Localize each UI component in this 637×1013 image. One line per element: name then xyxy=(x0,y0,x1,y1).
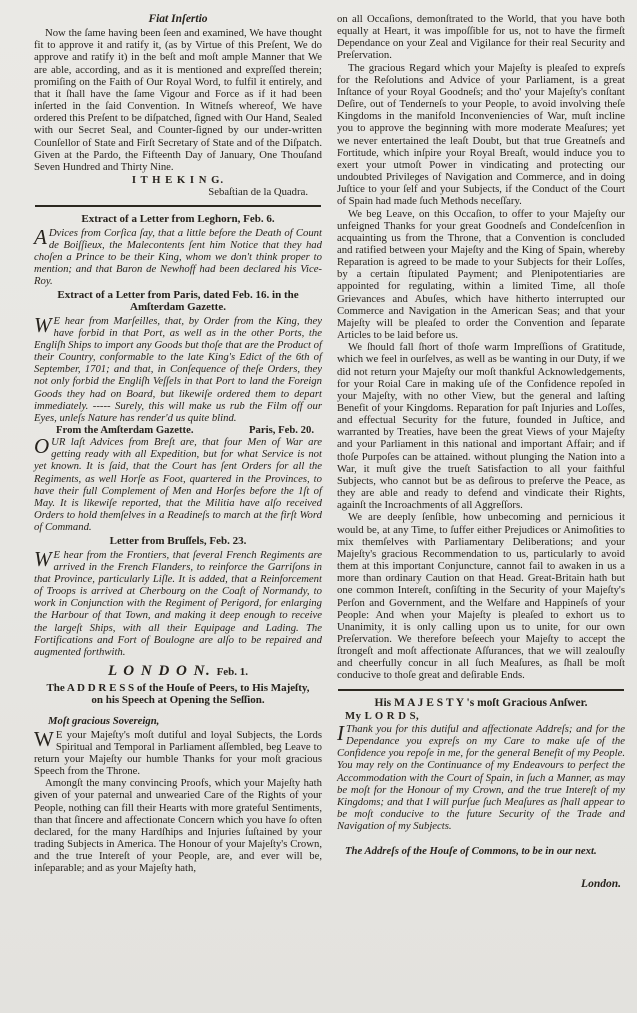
paragraph-gracious-regard: The gracious Regard which your Majeſty i… xyxy=(337,62,625,208)
note-address-of-commons: The Addreſs of the Houſe of Commons, to … xyxy=(337,845,625,857)
drop-cap-w: W xyxy=(34,549,54,569)
paragraph-beg-leave-thanks: We beg Leave, on this Occaſion, to offer… xyxy=(337,208,625,342)
drop-cap-w: W xyxy=(34,729,56,749)
heading-london-dateline: L O N D O N. Feb. 1. xyxy=(34,665,322,678)
paragraph-kings-answer: IThank you for this dutiful and affectio… xyxy=(337,723,625,832)
left-column: Fiat Inſertio Now the ſame having been ſ… xyxy=(34,13,322,891)
dateline-source: From the Amſterdam Gazette. xyxy=(56,424,194,436)
drop-cap-o: O xyxy=(34,436,51,456)
paragraph-peers-address-1: WE your Majeſty's moſt dutiful and loyal… xyxy=(34,729,322,778)
right-column: on all Occaſions, demonſtrated to the Wo… xyxy=(337,13,625,891)
paragraph-text: E your Majeſty's moſt dutiful and loyal … xyxy=(34,729,322,777)
drop-cap-w: W xyxy=(34,315,54,335)
salutation-my-lords: My L O R D S, xyxy=(337,710,625,722)
london-date: Feb. 1. xyxy=(217,666,248,678)
dateline-amsterdam-gazette: From the Amſterdam Gazette. Paris, Feb. … xyxy=(34,424,322,436)
drop-cap-i: I xyxy=(337,723,346,743)
paragraph-royal-ratification: Now the ſame having been ſeen and examin… xyxy=(34,27,322,173)
paragraph-marseilles-letter: WE hear from Marſeilles, that, by Order … xyxy=(34,315,322,424)
paragraph-text: E hear from the Frontiers, that ſeveral … xyxy=(34,549,322,658)
dateline-place-date: Paris, Feb. 20. xyxy=(249,424,314,436)
heading-letter-leghorn: Extract of a Letter from Leghorn, Feb. 6… xyxy=(34,213,322,225)
paragraph-text: Dvices from Corſica ſay, that a little b… xyxy=(34,227,322,288)
signature-sebastian-de-la-quadra: Sebaſtian de la Quadra. xyxy=(34,186,322,198)
drop-cap-a: A xyxy=(34,227,49,247)
heading-letter-brussels: Letter from Bruſſels, Feb. 23. xyxy=(34,535,322,547)
heading-letter-paris: Extract of a Letter from Paris, dated Fe… xyxy=(34,289,322,313)
paragraph-gratitude-reparation: We ſhould fall ſhort of thoſe warm Impre… xyxy=(337,341,625,511)
heading-majestys-gracious-answer: His M A J E S T Y 's moſt Gracious Anſwe… xyxy=(337,697,625,709)
heading-fiat-insertio: Fiat Inſertio xyxy=(34,13,322,25)
page-columns: Fiat Inſertio Now the ſame having been ſ… xyxy=(0,0,637,891)
section-divider xyxy=(338,689,624,691)
tagline-london: London. xyxy=(337,878,621,890)
paragraph-peers-address-continued: on all Occaſions, demonſtrated to the Wo… xyxy=(337,13,625,62)
newspaper-page: Fiat Inſertio Now the ſame having been ſ… xyxy=(0,0,637,1013)
london-title: L O N D O N. xyxy=(108,663,211,679)
paragraph-leghorn-letter: ADvices from Corſica ſay, that a little … xyxy=(34,227,322,288)
paragraph-brest-advices: OUR laſt Advices from Breſt are, that fo… xyxy=(34,436,322,533)
king-signoff-line: I T H E K I N G. xyxy=(34,174,322,186)
paragraph-text: Thank you for this dutiful and affection… xyxy=(337,723,625,832)
salutation-most-gracious-sovereign: Moſt gracious Sovereign, xyxy=(34,715,322,727)
section-divider xyxy=(35,205,321,207)
paragraph-text: E hear from Marſeilles, that, by Order f… xyxy=(34,315,322,424)
paragraph-text: UR laſt Advices from Breſt are, that fou… xyxy=(34,436,322,533)
paragraph-peers-address-2: Amongſt the many convincing Proofs, whic… xyxy=(34,777,322,874)
paragraph-deeply-sensible: We are deeply ſenſible, how unbecoming a… xyxy=(337,511,625,681)
heading-address-house-of-peers: The A D D R E S S of the Houſe of Peers,… xyxy=(40,682,316,706)
paragraph-frontiers-letter: WE hear from the Frontiers, that ſeveral… xyxy=(34,549,322,658)
